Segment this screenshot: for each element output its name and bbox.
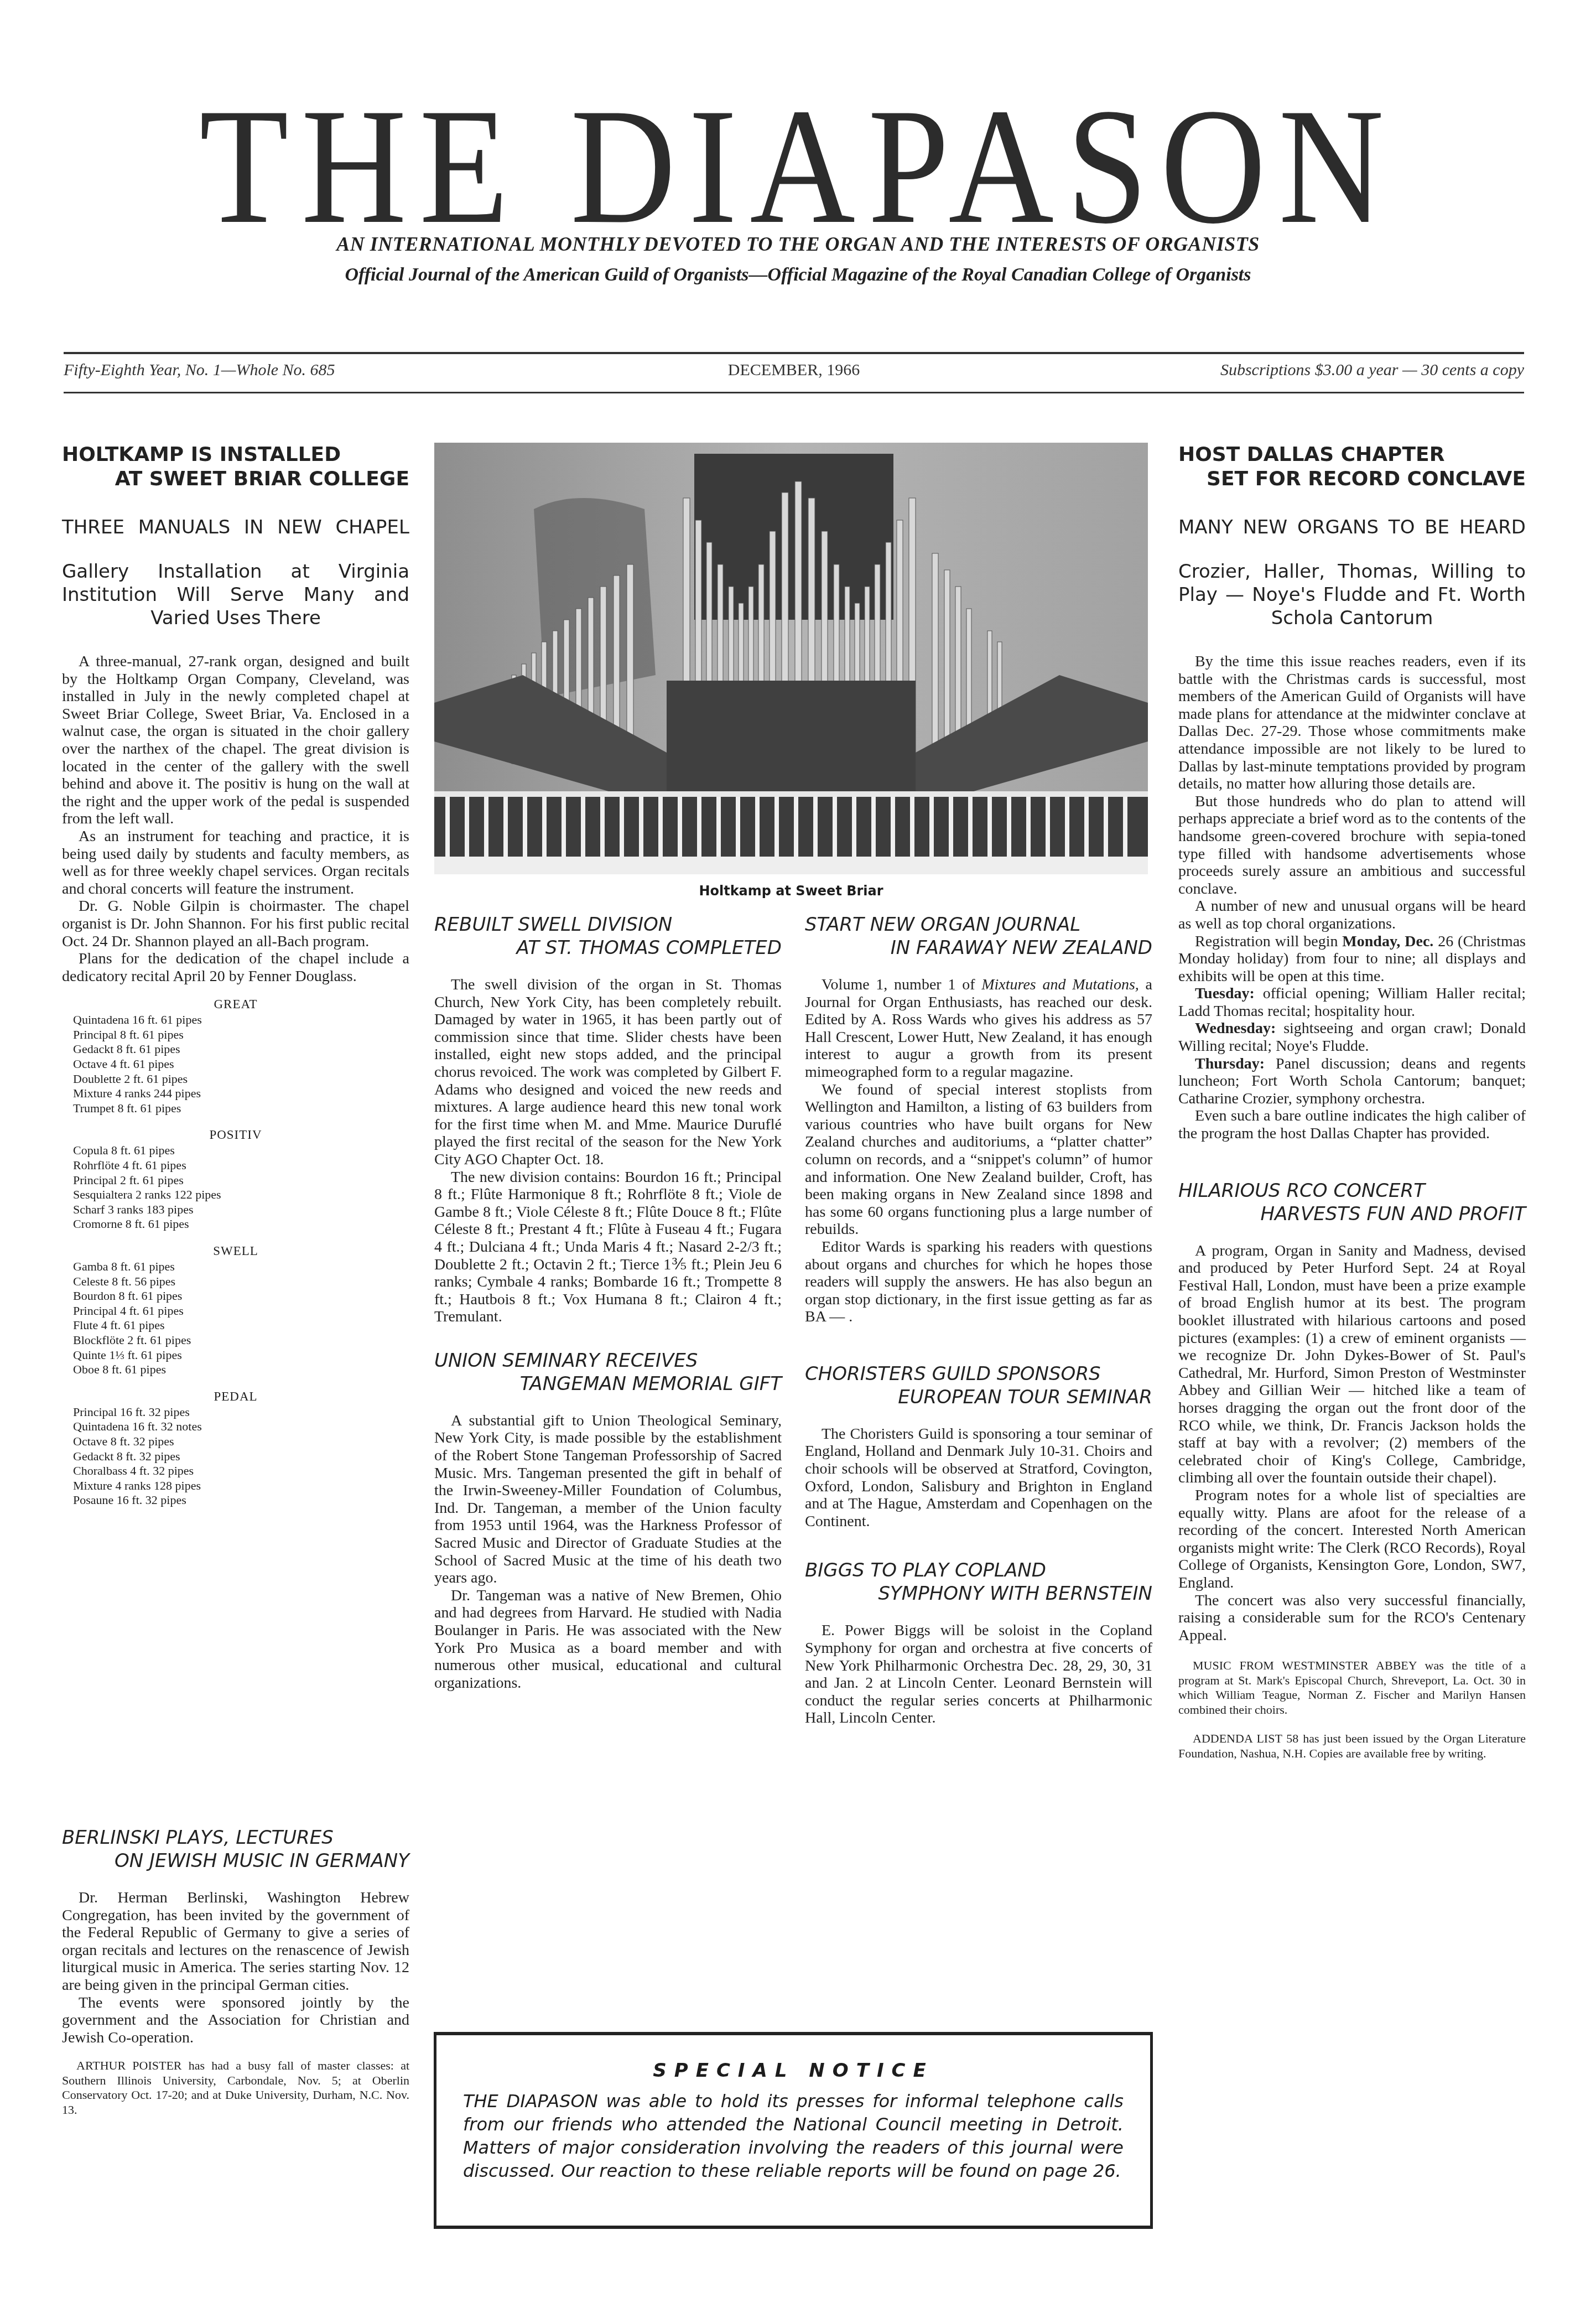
stop-item: Principal 8 ft. 61 pipes	[62, 1028, 409, 1043]
notice-title: SPECIAL NOTICE	[436, 2060, 1150, 2082]
stop-item: Principal 4 ft. 61 pipes	[62, 1304, 409, 1319]
paragraph: As an instrument for teaching and practi…	[62, 828, 409, 898]
stoplist: GREAT Quintadena 16 ft. 61 pipes Princip…	[62, 997, 409, 1508]
headline-line-2: SYMPHONY WITH BERNSTEIN	[805, 1582, 1152, 1605]
headline-line-1: HILARIOUS RCO CONCERT	[1178, 1180, 1425, 1202]
masthead-title: THE DIAPASON	[96, 83, 1500, 249]
paragraph: A program, Organ in Sanity and Madness, …	[1178, 1242, 1526, 1487]
column-1: HOLTKAMP IS INSTALLED AT SWEET BRIAR COL…	[62, 443, 409, 1508]
article-body: Volume 1, number 1 of Mixtures and Mutat…	[805, 976, 1152, 1326]
schedule-day: Thursday:	[1195, 1055, 1265, 1072]
paragraph: A number of new and unusual organs will …	[1178, 898, 1526, 932]
stop-item: Quintadena 16 ft. 32 notes	[62, 1419, 409, 1434]
paragraph: But those hundreds who do plan to attend…	[1178, 793, 1526, 898]
stop-item: Doublette 2 ft. 61 pipes	[62, 1072, 409, 1087]
schedule-item: Tuesday: official opening; William Halle…	[1178, 985, 1526, 1020]
photo-caption: Holtkamp at Sweet Briar	[434, 883, 1148, 899]
headline-line-2: TANGEMAN MEMORIAL GIFT	[434, 1372, 782, 1396]
headline-line-1: CHORISTERS GUILD SPONSORS	[805, 1363, 1101, 1385]
article-headline: HOLTKAMP IS INSTALLED AT SWEET BRIAR COL…	[62, 443, 409, 491]
division-heading: GREAT	[62, 997, 409, 1012]
issue-info-row: Fifty-Eighth Year, No. 1—Whole No. 685 D…	[64, 361, 1524, 383]
paragraph: Dr. G. Noble Gilpin is choirmaster. The …	[62, 898, 409, 950]
paragraph: We found of special interest stoplists f…	[805, 1081, 1152, 1238]
article-headline: BERLINSKI PLAYS, LECTURES ON JEWISH MUSI…	[62, 1826, 409, 1873]
headline-line-1: BIGGS TO PLAY COPLAND	[805, 1559, 1046, 1581]
paragraph: The new division contains: Bourdon 16 ft…	[434, 1169, 782, 1326]
paragraph: Even such a bare outline indicates the h…	[1178, 1107, 1526, 1142]
paragraph: The Choristers Guild is sponsoring a tou…	[805, 1425, 1152, 1531]
headline-line-1: REBUILT SWELL DIVISION	[434, 914, 672, 936]
headline-line-2: SET FOR RECORD CONCLAVE	[1178, 467, 1526, 491]
text: Registration will begin	[1195, 933, 1342, 950]
stop-item: Gedackt 8 ft. 32 pipes	[62, 1449, 409, 1464]
stop-item: Octave 8 ft. 32 pipes	[62, 1434, 409, 1449]
paragraph: Registration will begin Monday, Dec. 26 …	[1178, 933, 1526, 986]
masthead-tagline: AN INTERNATIONAL MONTHLY DEVOTED TO THE …	[0, 232, 1596, 256]
headline-line-1: UNION SEMINARY RECEIVES	[434, 1350, 698, 1372]
journal-title: Mixtures and Mutations,	[981, 976, 1139, 993]
schedule-item: Thursday: Panel discussion; deans and re…	[1178, 1055, 1526, 1108]
masthead-official-line: Official Journal of the American Guild o…	[0, 265, 1596, 286]
article-headline: REBUILT SWELL DIVISION AT ST. THOMAS COM…	[434, 913, 782, 960]
article-deck: Crozier, Haller, Thomas, Willing to Play…	[1178, 560, 1526, 630]
brief-item: ADDENDA LIST 58 has just been issued by …	[1178, 1731, 1526, 1761]
schedule-item: Wednesday: sightseeing and organ crawl; …	[1178, 1020, 1526, 1055]
column-1-lower: BERLINSKI PLAYS, LECTURES ON JEWISH MUSI…	[62, 1826, 409, 2117]
stop-item: Scharf 3 ranks 183 pipes	[62, 1202, 409, 1217]
stop-item: Choralbass 4 ft. 32 pipes	[62, 1464, 409, 1479]
stop-item: Mixture 4 ranks 244 pipes	[62, 1086, 409, 1101]
paragraph: Plans for the dedication of the chapel i…	[62, 950, 409, 985]
division-heading: PEDAL	[62, 1389, 409, 1404]
paragraph: A substantial gift to Union Theological …	[434, 1412, 782, 1587]
paragraph: E. Power Biggs will be soloist in the Co…	[805, 1622, 1152, 1727]
headline-line-2: AT SWEET BRIAR COLLEGE	[62, 467, 409, 491]
stop-item: Oboe 8 ft. 61 pipes	[62, 1362, 409, 1377]
stop-item: Bourdon 8 ft. 61 pipes	[62, 1289, 409, 1304]
headline-line-1: START NEW ORGAN JOURNAL	[805, 914, 1080, 936]
column-3: START NEW ORGAN JOURNAL IN FARAWAY NEW Z…	[805, 913, 1152, 1727]
notice-text: THE DIAPASON was able to hold its presse…	[463, 2089, 1124, 2182]
stop-item: Principal 2 ft. 61 pipes	[62, 1173, 409, 1188]
text: Volume 1, number 1 of	[822, 976, 981, 993]
article-body: By the time this issue reaches readers, …	[1178, 653, 1526, 1143]
article-body: The Choristers Guild is sponsoring a tou…	[805, 1425, 1152, 1531]
organ-photo	[434, 443, 1148, 874]
stop-item: Trumpet 8 ft. 61 pipes	[62, 1101, 409, 1116]
article-body: A substantial gift to Union Theological …	[434, 1412, 782, 1692]
stop-item: Cromorne 8 ft. 61 pipes	[62, 1217, 409, 1232]
headline-line-2: HARVESTS FUN AND PROFIT	[1178, 1202, 1526, 1226]
article-deck: Gallery Installation at Virginia Institu…	[62, 560, 409, 630]
article-body: E. Power Biggs will be soloist in the Co…	[805, 1622, 1152, 1727]
division-heading: POSITIV	[62, 1128, 409, 1142]
brief-lead: ARTHUR POISTER	[76, 2058, 182, 2072]
article-subhead: MANY NEW ORGANS TO BE HEARD	[1178, 516, 1526, 539]
brief-lead: MUSIC FROM WESTMINSTER ABBEY	[1193, 1658, 1417, 1672]
article-body: A three-manual, 27-rank organ, designed …	[62, 653, 409, 985]
article-body: Dr. Herman Berlinski, Washington Hebrew …	[62, 1889, 409, 2046]
headline-line-1: HOST DALLAS CHAPTER	[1178, 443, 1444, 466]
paragraph: The concert was also very successful fin…	[1178, 1592, 1526, 1645]
paragraph: Dr. Tangeman was a native of New Bremen,…	[434, 1587, 782, 1692]
stop-item: Posaune 16 ft. 32 pipes	[62, 1493, 409, 1508]
divider	[64, 352, 1524, 354]
stop-item: Gamba 8 ft. 61 pipes	[62, 1259, 409, 1274]
paragraph: A three-manual, 27-rank organ, designed …	[62, 653, 409, 828]
stop-item: Quinte 1⅓ ft. 61 pipes	[62, 1348, 409, 1363]
headline-line-2: AT ST. THOMAS COMPLETED	[434, 936, 782, 960]
paragraph: The events were sponsored jointly by the…	[62, 1994, 409, 2047]
article-headline: START NEW ORGAN JOURNAL IN FARAWAY NEW Z…	[805, 913, 1152, 960]
article-headline: HILARIOUS RCO CONCERT HARVESTS FUN AND P…	[1178, 1179, 1526, 1226]
stop-item: Principal 16 ft. 32 pipes	[62, 1405, 409, 1420]
stop-item: Gedackt 8 ft. 61 pipes	[62, 1042, 409, 1057]
divider	[64, 392, 1524, 393]
paragraph: Editor Wards is sparking his readers wit…	[805, 1238, 1152, 1326]
emphasis: Monday, Dec.	[1342, 933, 1433, 950]
paragraph: Program notes for a whole list of specia…	[1178, 1487, 1526, 1592]
article-subhead: THREE MANUALS IN NEW CHAPEL	[62, 516, 409, 539]
article-headline: BIGGS TO PLAY COPLAND SYMPHONY WITH BERN…	[805, 1559, 1152, 1605]
stop-item: Flute 4 ft. 61 pipes	[62, 1318, 409, 1333]
paragraph: By the time this issue reaches readers, …	[1178, 653, 1526, 793]
stop-item: Copula 8 ft. 61 pipes	[62, 1143, 409, 1158]
stop-item: Rohrflöte 4 ft. 61 pipes	[62, 1158, 409, 1173]
column-4: HOST DALLAS CHAPTER SET FOR RECORD CONCL…	[1178, 443, 1526, 1761]
organ-pipes-image	[434, 443, 1148, 874]
paragraph: The swell division of the organ in St. T…	[434, 976, 782, 1169]
headline-line-2: ON JEWISH MUSIC IN GERMANY	[62, 1849, 409, 1873]
paragraph: Dr. Herman Berlinski, Washington Hebrew …	[62, 1889, 409, 1994]
stop-item: Blockflöte 2 ft. 61 pipes	[62, 1333, 409, 1348]
article-headline: UNION SEMINARY RECEIVES TANGEMAN MEMORIA…	[434, 1349, 782, 1396]
schedule-day: Tuesday:	[1195, 985, 1255, 1002]
headline-line-2: IN FARAWAY NEW ZEALAND	[805, 936, 1152, 960]
schedule-day: Wednesday:	[1195, 1020, 1276, 1037]
stop-item: Sesquialtera 2 ranks 122 pipes	[62, 1187, 409, 1202]
headline-line-1: BERLINSKI PLAYS, LECTURES	[62, 1827, 334, 1849]
brief-lead: ADDENDA LIST 58	[1193, 1731, 1298, 1745]
headline-line-2: EUROPEAN TOUR SEMINAR	[805, 1386, 1152, 1409]
article-body: A program, Organ in Sanity and Madness, …	[1178, 1242, 1526, 1645]
special-notice-box: SPECIAL NOTICE THE DIAPASON was able to …	[434, 2032, 1153, 2229]
brief-item: ARTHUR POISTER has had a busy fall of ma…	[62, 2058, 409, 2117]
brief-item: MUSIC FROM WESTMINSTER ABBEY was the tit…	[1178, 1658, 1526, 1717]
stop-item: Mixture 4 ranks 128 pipes	[62, 1479, 409, 1494]
column-2: REBUILT SWELL DIVISION AT ST. THOMAS COM…	[434, 913, 782, 1692]
paragraph: Volume 1, number 1 of Mixtures and Mutat…	[805, 976, 1152, 1081]
subscription-price: Subscriptions $3.00 a year — 30 cents a …	[1220, 361, 1524, 380]
article-body: The swell division of the organ in St. T…	[434, 976, 782, 1326]
article-headline: CHORISTERS GUILD SPONSORS EUROPEAN TOUR …	[805, 1362, 1152, 1409]
article-headline: HOST DALLAS CHAPTER SET FOR RECORD CONCL…	[1178, 443, 1526, 491]
stop-item: Celeste 8 ft. 56 pipes	[62, 1274, 409, 1289]
division-heading: SWELL	[62, 1244, 409, 1258]
headline-line-1: HOLTKAMP IS INSTALLED	[62, 443, 341, 466]
stop-item: Quintadena 16 ft. 61 pipes	[62, 1013, 409, 1028]
stop-item: Octave 4 ft. 61 pipes	[62, 1057, 409, 1072]
